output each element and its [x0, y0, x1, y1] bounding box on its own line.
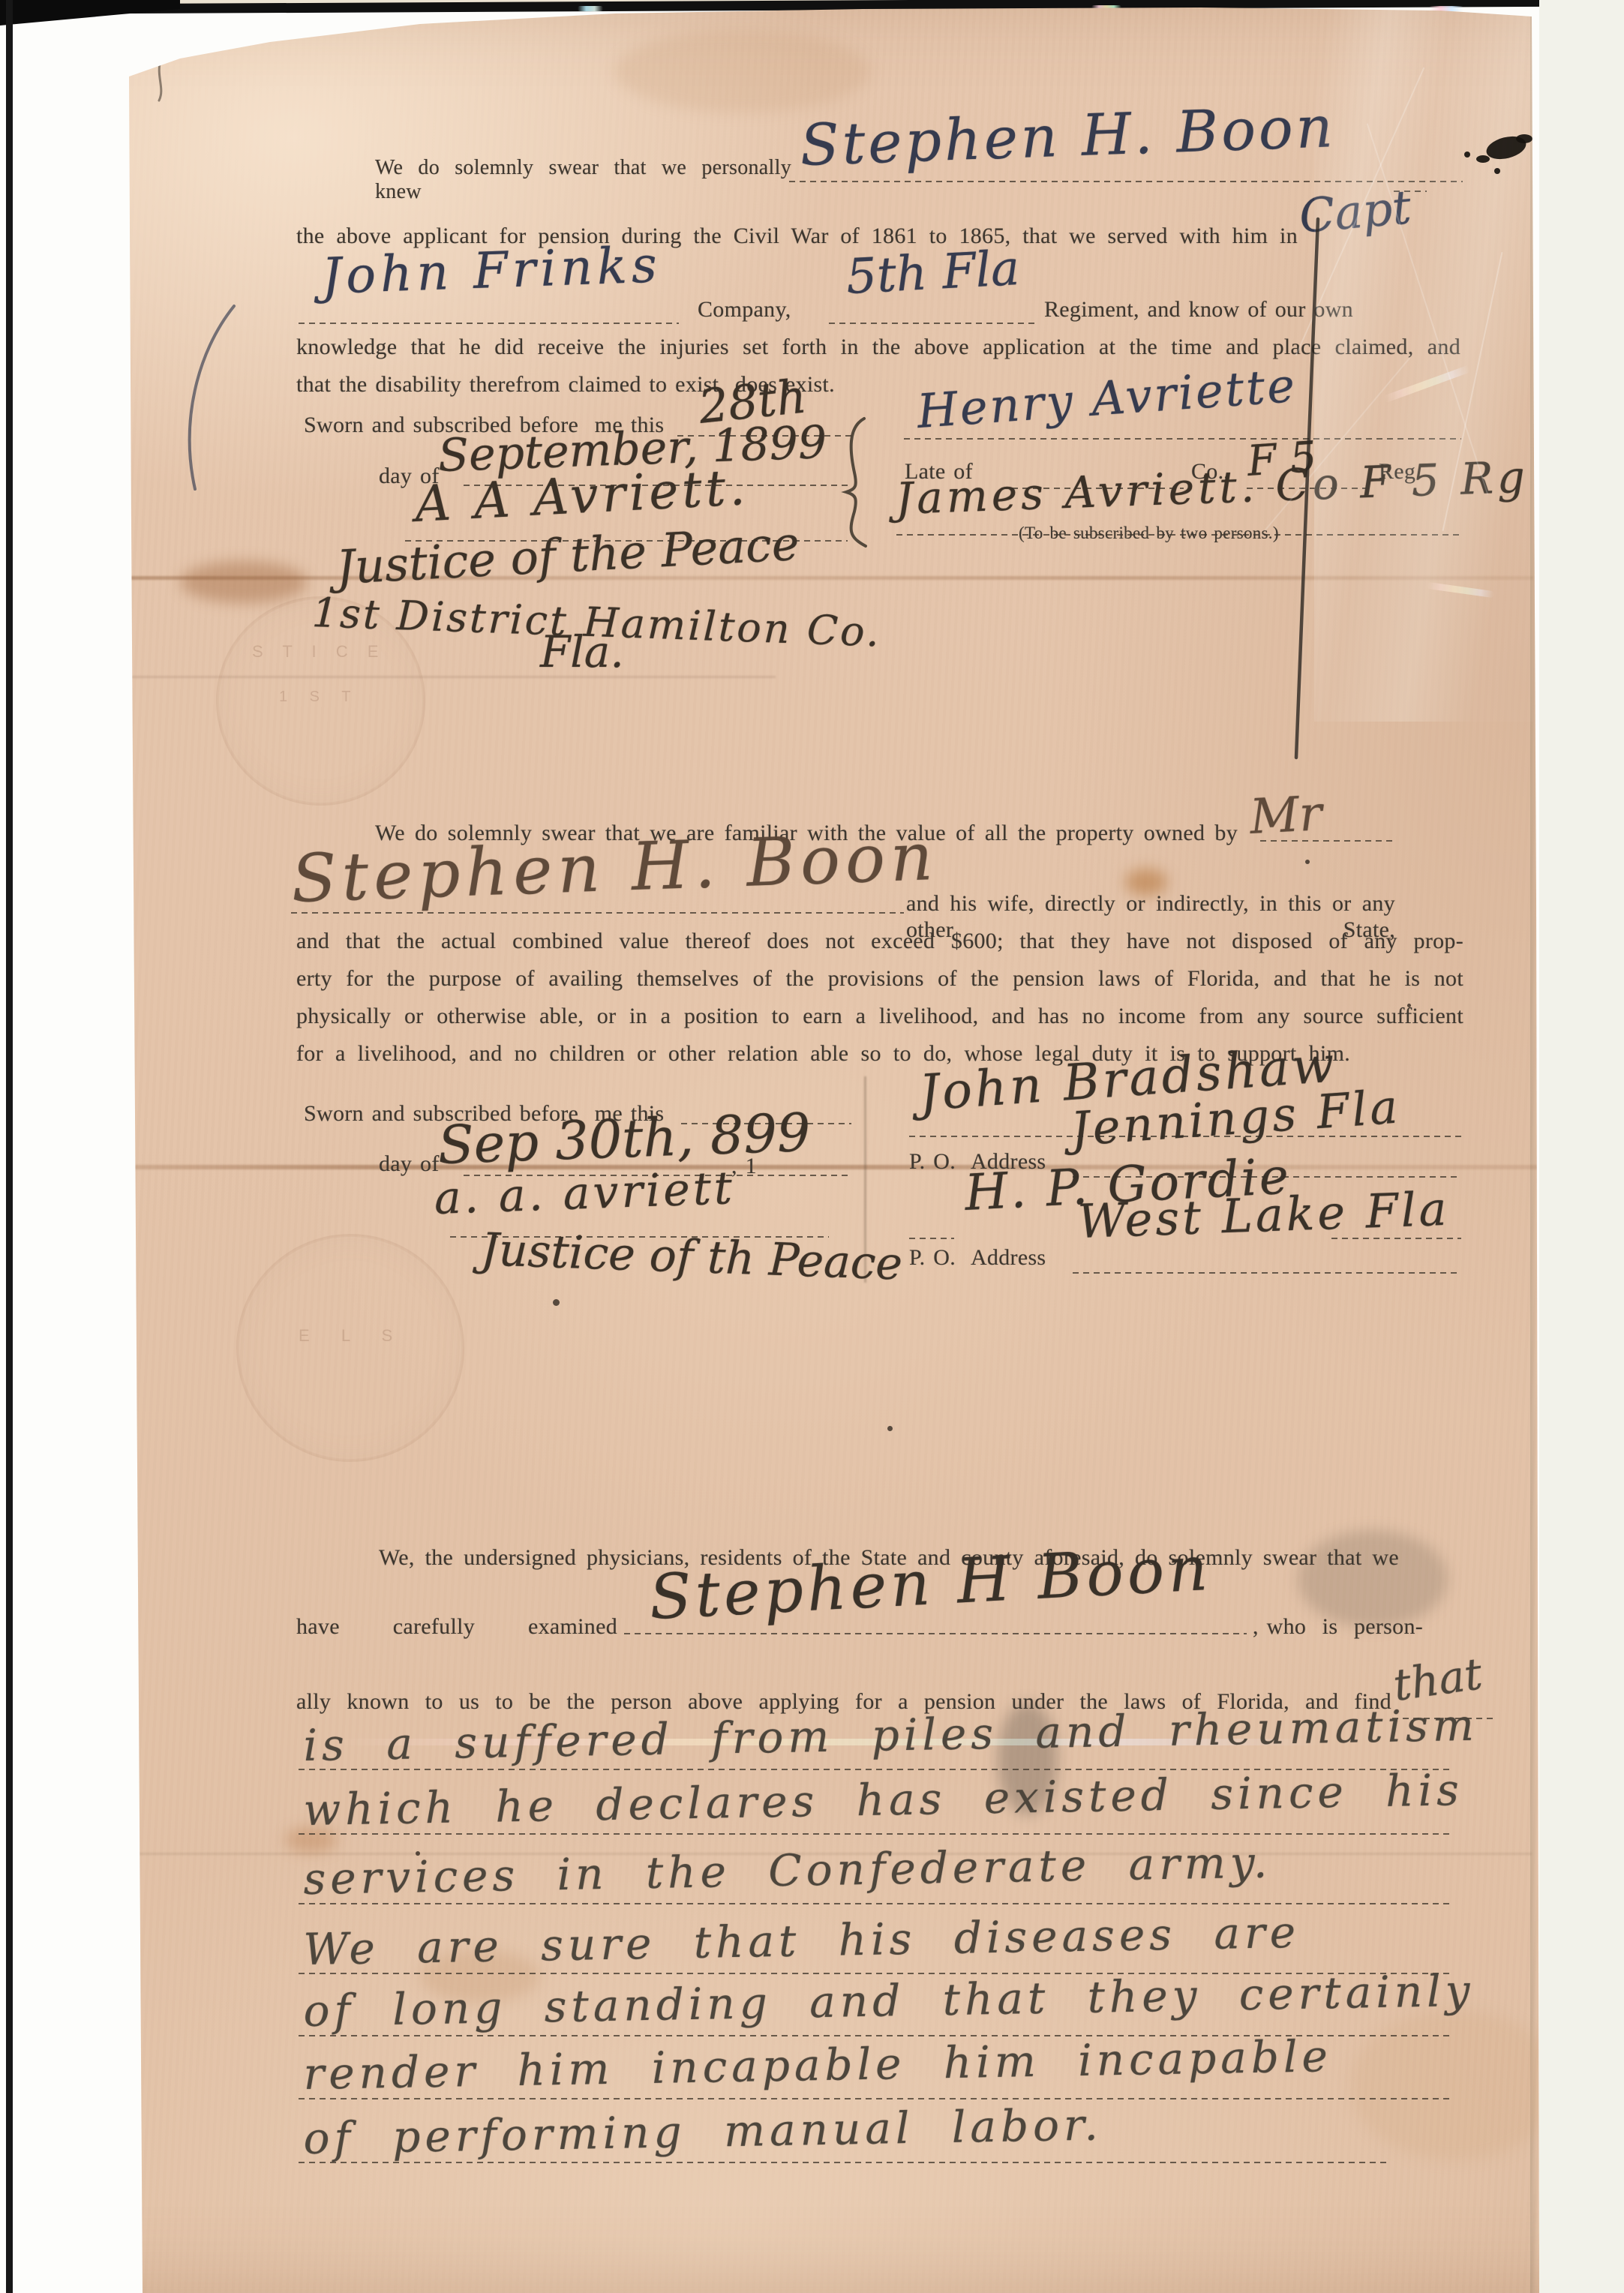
officer-title: Justice of the Peace — [335, 521, 800, 591]
officer-state: Fla. — [540, 630, 624, 674]
day-of-label: day of — [379, 1151, 440, 1178]
embossed-seal-text: S T I C E — [252, 642, 386, 662]
embossed-seal — [236, 1234, 464, 1462]
fill-in-rule — [829, 323, 1039, 324]
findings-line: of performing manual labor. — [303, 2102, 1103, 2160]
findings-line: render him incapable him incapable — [303, 2034, 1332, 2096]
plastic-glint — [1383, 365, 1470, 403]
po-address-fill: West Lake Fla — [1077, 1186, 1451, 1245]
findings-rule — [299, 1833, 1449, 1835]
corner-pen-squiggle — [159, 60, 161, 101]
printed-property-line-3: and that the actual combined value there… — [296, 929, 1463, 955]
fill-in-rule — [1260, 840, 1394, 842]
document-sheet: S T I C E 1 S T E L S We do solemnly swe… — [0, 0, 1624, 2293]
signature-flourish-tail — [190, 306, 234, 489]
plastic-crinkle — [1367, 123, 1489, 494]
fill-in-rule — [299, 323, 679, 324]
plastic-crinkle — [1442, 252, 1503, 531]
findings-rule — [299, 2098, 1449, 2099]
ink-speck — [887, 1426, 893, 1431]
findings-rule — [299, 1903, 1449, 1904]
company-label: Company, — [698, 297, 791, 323]
stain — [180, 561, 308, 603]
regiment-fill: 5th Fla — [845, 245, 1021, 302]
embossed-seal-text: 1 S T — [279, 689, 359, 706]
fill-in-rule — [909, 1238, 954, 1239]
witness1-signature: Henry Avriette — [916, 362, 1298, 435]
printed-property-line-5: physically or otherwise able, or in a po… — [296, 1004, 1463, 1030]
po-address-label: P. O. Address — [909, 1245, 1046, 1271]
plastic-crinkle — [1295, 68, 1425, 356]
subscribed-note: (To be subscribed by two persons.) — [1019, 524, 1279, 543]
examined-label: have carefully examined — [296, 1614, 617, 1640]
fill-in-rule — [624, 1633, 1247, 1634]
scan-glint — [578, 6, 603, 11]
officer-title: Justice of th Peace — [480, 1227, 903, 1287]
company-name-fill: John Frinks — [321, 240, 662, 302]
owner-name-fill: Stephen H. Boon — [290, 824, 939, 912]
printed-property-line-4: erty for the purpose of availing themsel… — [296, 966, 1463, 992]
ink-speck — [1305, 860, 1310, 864]
plastic-sheet-overlay — [1314, 9, 1533, 722]
jurat-brace — [846, 419, 866, 546]
fold-crease — [129, 1165, 1538, 1169]
scanner-left-line — [6, 0, 13, 2293]
scanner-right-backing — [1539, 0, 1624, 2293]
ink-speck — [553, 1299, 560, 1306]
regiment-label: Regiment, and know of our own — [1044, 297, 1353, 323]
officer-signature: A A Avriett. — [414, 463, 750, 530]
fill-in-rule — [1073, 1272, 1461, 1274]
scanned-pension-document: S T I C E 1 S T E L S We do solemnly swe… — [0, 0, 1624, 2293]
officer-signature: a. a. avriett — [434, 1166, 736, 1221]
findings-line: We are sure that his diseases are — [303, 1910, 1300, 1971]
who-is-person-label: , who is person- — [1253, 1614, 1423, 1640]
printed-oath-line-4: knowledge that he did receive the injuri… — [296, 335, 1460, 361]
embossed-seal-text: E L S — [299, 1326, 400, 1346]
findings-line: which he declares has existed since his — [303, 1768, 1463, 1832]
stain — [1350, 2010, 1560, 2160]
fill-in-rule — [291, 912, 904, 914]
applicant-name-fill: Stephen H. Boon — [799, 98, 1336, 174]
plastic-glint — [1427, 582, 1494, 598]
findings-line: services in the Confederate army. — [303, 1840, 1272, 1901]
stain — [615, 30, 870, 113]
owner-title-fill: Mr — [1249, 790, 1323, 842]
printed-oath-line-1: We do solemnly swear that we personally … — [375, 156, 791, 204]
findings-rule — [299, 2162, 1388, 2163]
